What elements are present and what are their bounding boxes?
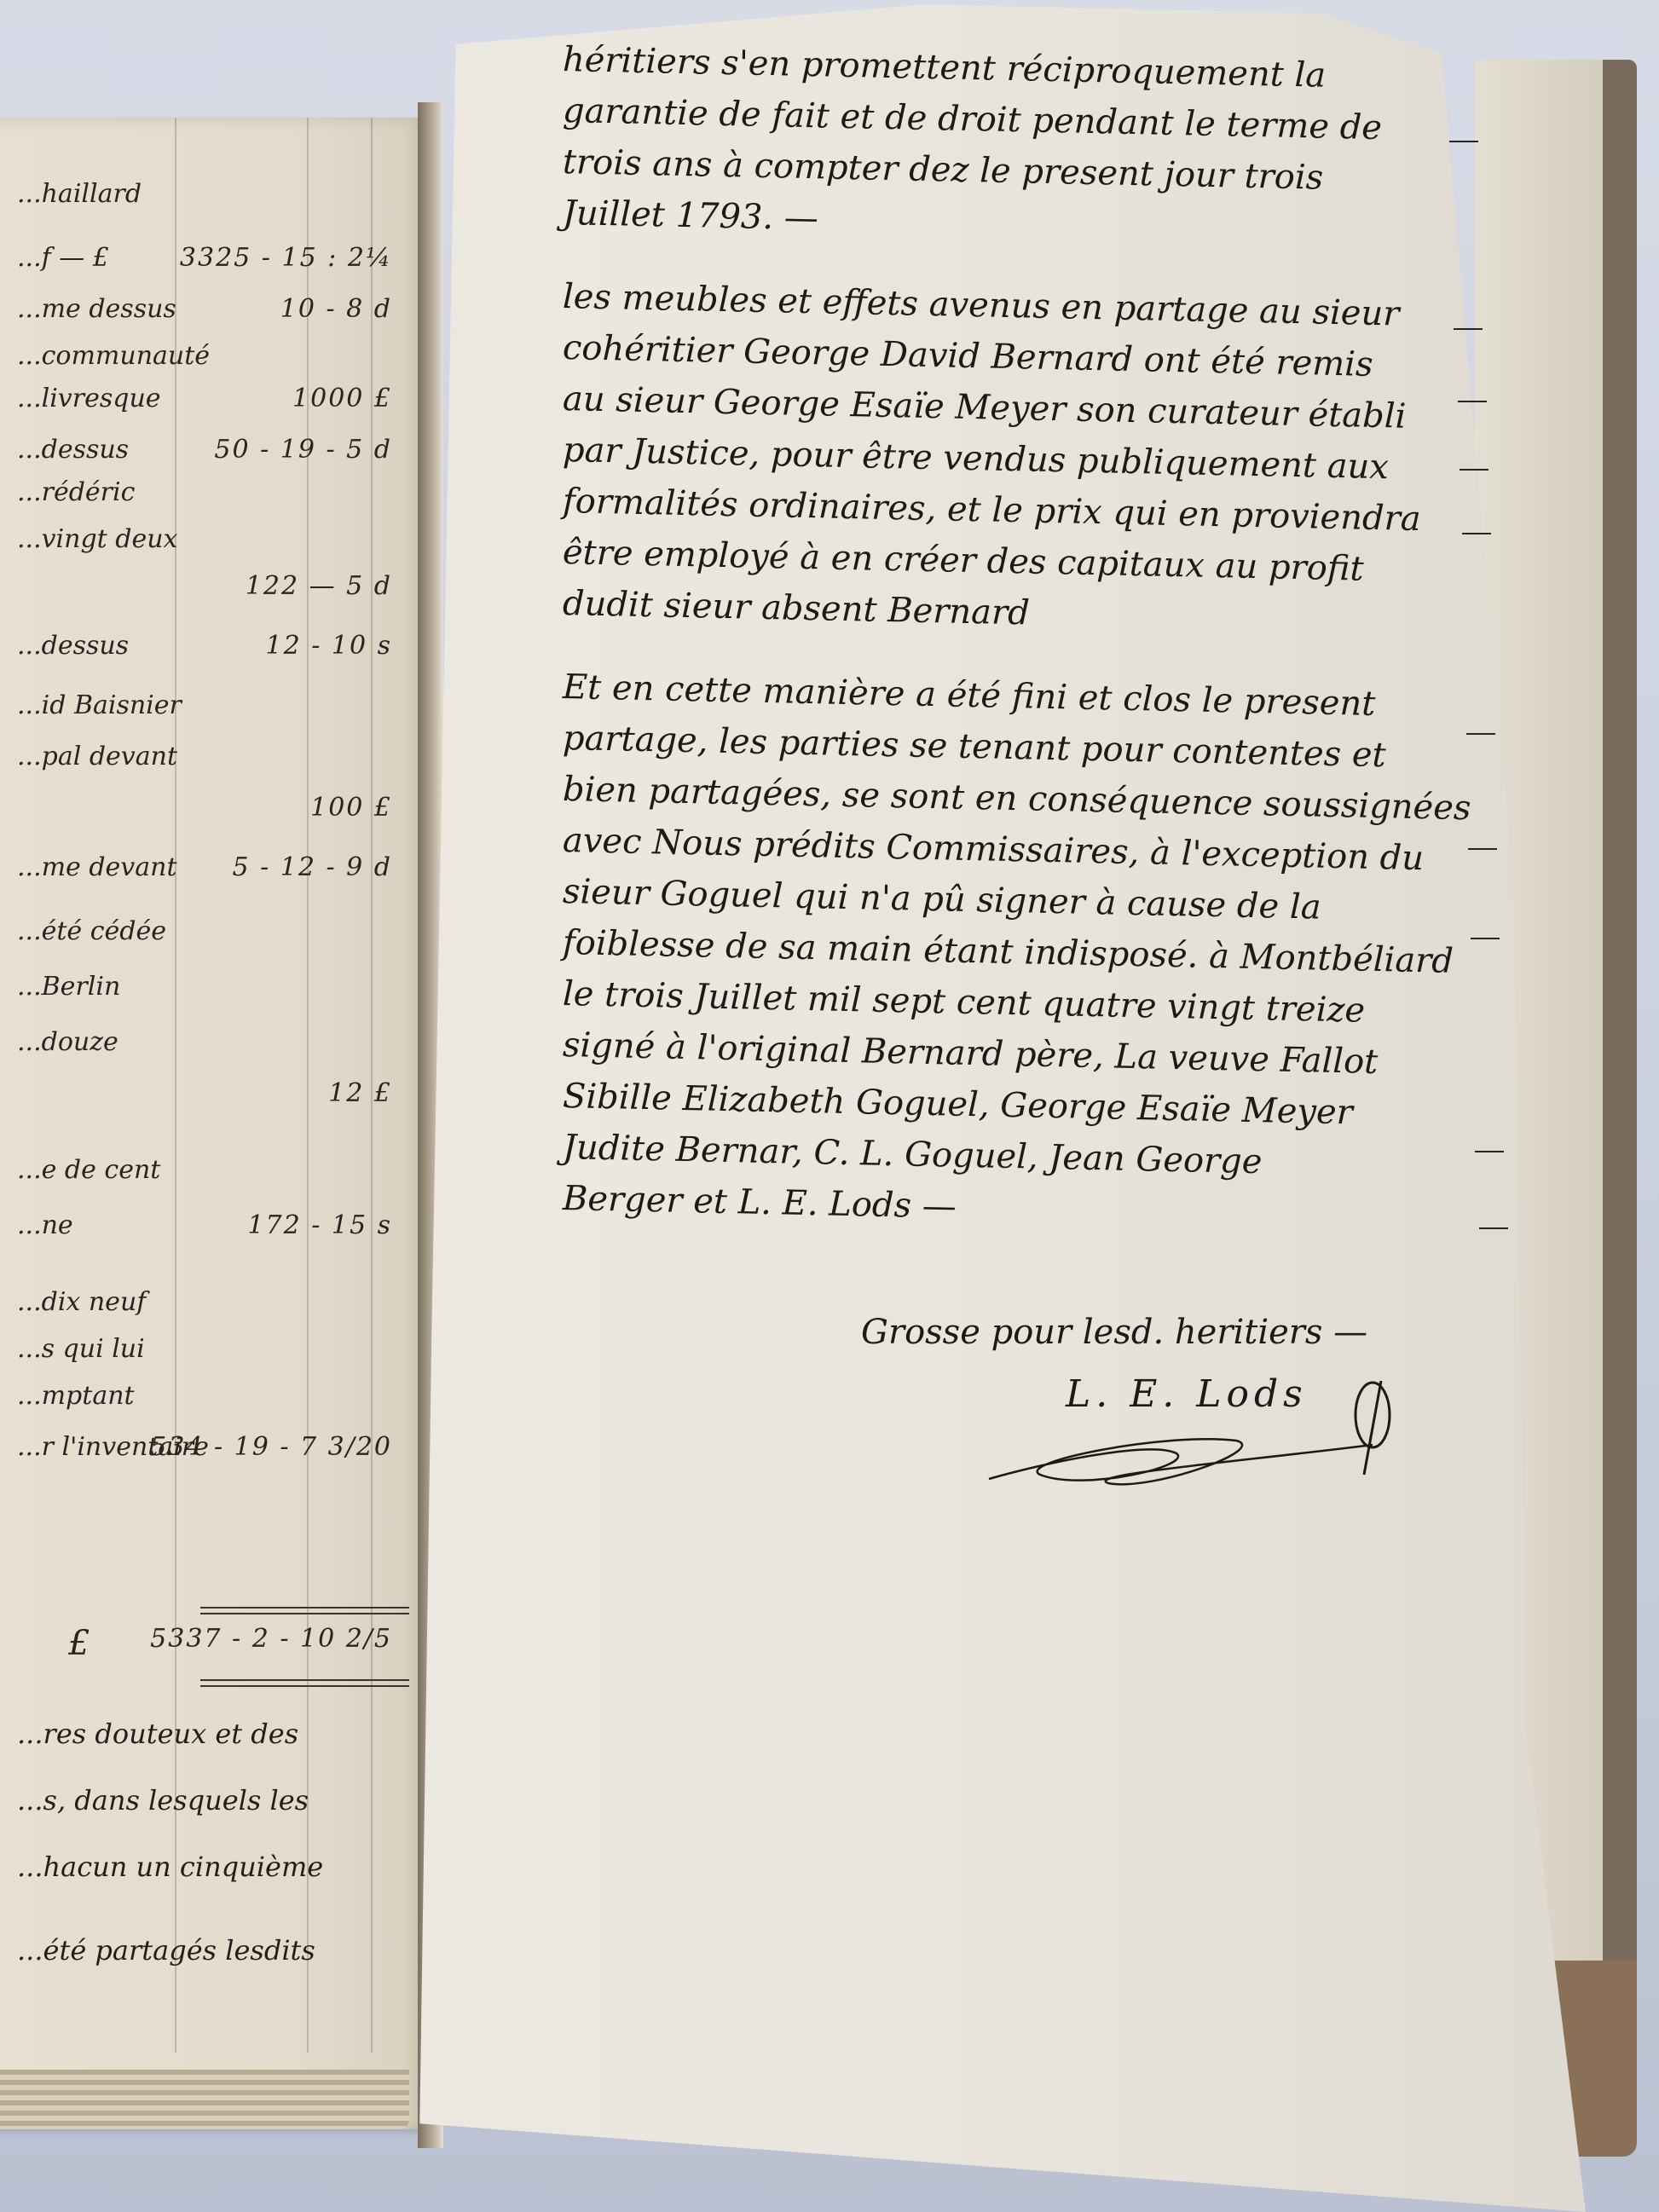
ledger-label: ...haillard	[17, 179, 142, 209]
ledger-label: ...rédéric	[17, 477, 135, 507]
ledger-label: ...vingt deux	[17, 524, 177, 554]
ledger-row: 100 £	[17, 793, 418, 830]
page-stack-edge	[0, 2070, 409, 2129]
ledger-row: ...été cédée	[17, 916, 418, 954]
ledger-row: ...rédéric	[17, 477, 418, 515]
pound-symbol: £	[68, 1624, 90, 1663]
ledger-row: ...me dessus10 - 8 d	[17, 294, 418, 332]
ledger-label: ...id Baisnier	[17, 690, 182, 720]
margin-dash	[1468, 848, 1497, 850]
margin-dash	[1454, 328, 1483, 330]
ledger-row: 12 £	[17, 1078, 418, 1116]
ledger-label: ...dix neuf	[17, 1287, 146, 1317]
signature-flourish-icon	[980, 1381, 1424, 1492]
left-prose-line: ...res douteux et des	[17, 1701, 418, 1767]
margin-dash	[1458, 401, 1487, 402]
ledger-label: ...Berlin	[17, 972, 120, 1002]
left-prose-line: ...été partagés lesdits	[17, 1917, 418, 1984]
ledger-amount: 5 - 12 - 9 d	[232, 852, 392, 882]
ledger-label: ...pal devant	[17, 742, 177, 771]
total-amount: 5337 - 2 - 10 2/5	[150, 1624, 392, 1654]
ledger-row: ...r l'inventaire534 - 19 - 7 3/20	[17, 1432, 418, 1470]
ledger-row: ...Berlin	[17, 972, 418, 1009]
ledger-amount: 10 - 8 d	[280, 294, 392, 324]
margin-dash	[1471, 938, 1500, 939]
ledger-label: ...été cédée	[17, 916, 166, 946]
ledger-amount: 100 £	[310, 793, 392, 823]
ledger-amount: 1000 £	[292, 384, 392, 413]
ledger-label: ...me dessus	[17, 294, 176, 324]
ledger-row: ...e de cent	[17, 1155, 418, 1193]
deed-paragraph-closing: Et en cette manière a été fini et clos l…	[563, 661, 1526, 1224]
ledger-amount: 12 £	[328, 1078, 392, 1108]
ledger-label: ...ne	[17, 1210, 73, 1240]
ledger-row: 122 — 5 d	[17, 571, 418, 609]
ledger-total: £ 5337 - 2 - 10 2/5	[17, 1624, 418, 1661]
ledger-row: ...livresque1000 £	[17, 384, 418, 421]
ledger-row: ...me devant5 - 12 - 9 d	[17, 852, 418, 890]
ledger-row: ...dessus50 - 19 - 5 d	[17, 435, 418, 472]
ledger-label: ...douze	[17, 1027, 118, 1057]
margin-dash	[1460, 469, 1488, 471]
ledger-row: ...communauté	[17, 341, 418, 378]
margin-dash	[1466, 733, 1495, 735]
ledger-row: ...s qui lui	[17, 1334, 418, 1372]
total-double-rule	[200, 1607, 409, 1614]
ledger-label: ...e de cent	[17, 1155, 160, 1185]
left-prose-block: ...res douteux et des ...s, dans lesquel…	[17, 1701, 418, 1984]
margin-dash	[1462, 533, 1491, 534]
ledger-row: ...haillard	[17, 179, 418, 217]
margin-dash	[1475, 1151, 1504, 1152]
grosse-line: Grosse pour lesd. heritiers —	[861, 1313, 1500, 1352]
total-double-rule	[200, 1679, 409, 1687]
ledger-row: ...id Baisnier	[17, 690, 418, 728]
margin-dash	[1449, 141, 1478, 142]
deed-paragraph-furniture: les meubles et effets avenus en partage …	[563, 271, 1526, 629]
ledger-label: ...communauté	[17, 341, 210, 371]
ledger-amount: 122 — 5 d	[246, 571, 392, 601]
left-prose-line: ...hacun un cinquième	[17, 1834, 418, 1900]
ledger-row: ...dessus12 - 10 s	[17, 631, 418, 668]
ledger-row: ...vingt deux	[17, 524, 418, 562]
ledger-label: ...livresque	[17, 384, 161, 413]
ledger-row: ...douze	[17, 1027, 418, 1065]
ledger-row: ...pal devant	[17, 742, 418, 779]
ledger-amount: 172 - 15 s	[247, 1210, 392, 1240]
ledger-label: ...dessus	[17, 435, 129, 465]
ledger-label: ...dessus	[17, 631, 129, 661]
ledger-label: ...f — £	[17, 243, 109, 273]
ledger-row: ...ne172 - 15 s	[17, 1210, 418, 1248]
ledger-label: ...mptant	[17, 1381, 135, 1411]
ledger-row: ...mptant	[17, 1381, 418, 1418]
deed-paragraph-warranty: héritiers s'en promettent réciproquement…	[563, 34, 1526, 239]
ledger-label: ...me devant	[17, 852, 177, 882]
margin-dash	[1479, 1227, 1508, 1229]
ledger-amount: 3325 - 15 : 2¼	[180, 243, 392, 273]
ledger-amount: 534 - 19 - 7 3/20	[150, 1432, 392, 1462]
ledger-row: ...f — £3325 - 15 : 2¼	[17, 243, 418, 280]
left-prose-line: ...s, dans lesquels les	[17, 1767, 418, 1834]
ledger-amount: 50 - 19 - 5 d	[214, 435, 392, 465]
ledger-row: ...dix neuf	[17, 1287, 418, 1325]
ledger-amount: 12 - 10 s	[266, 631, 393, 661]
deed-text: héritiers s'en promettent réciproquement…	[563, 34, 1526, 1256]
ledger-label: ...s qui lui	[17, 1334, 145, 1364]
